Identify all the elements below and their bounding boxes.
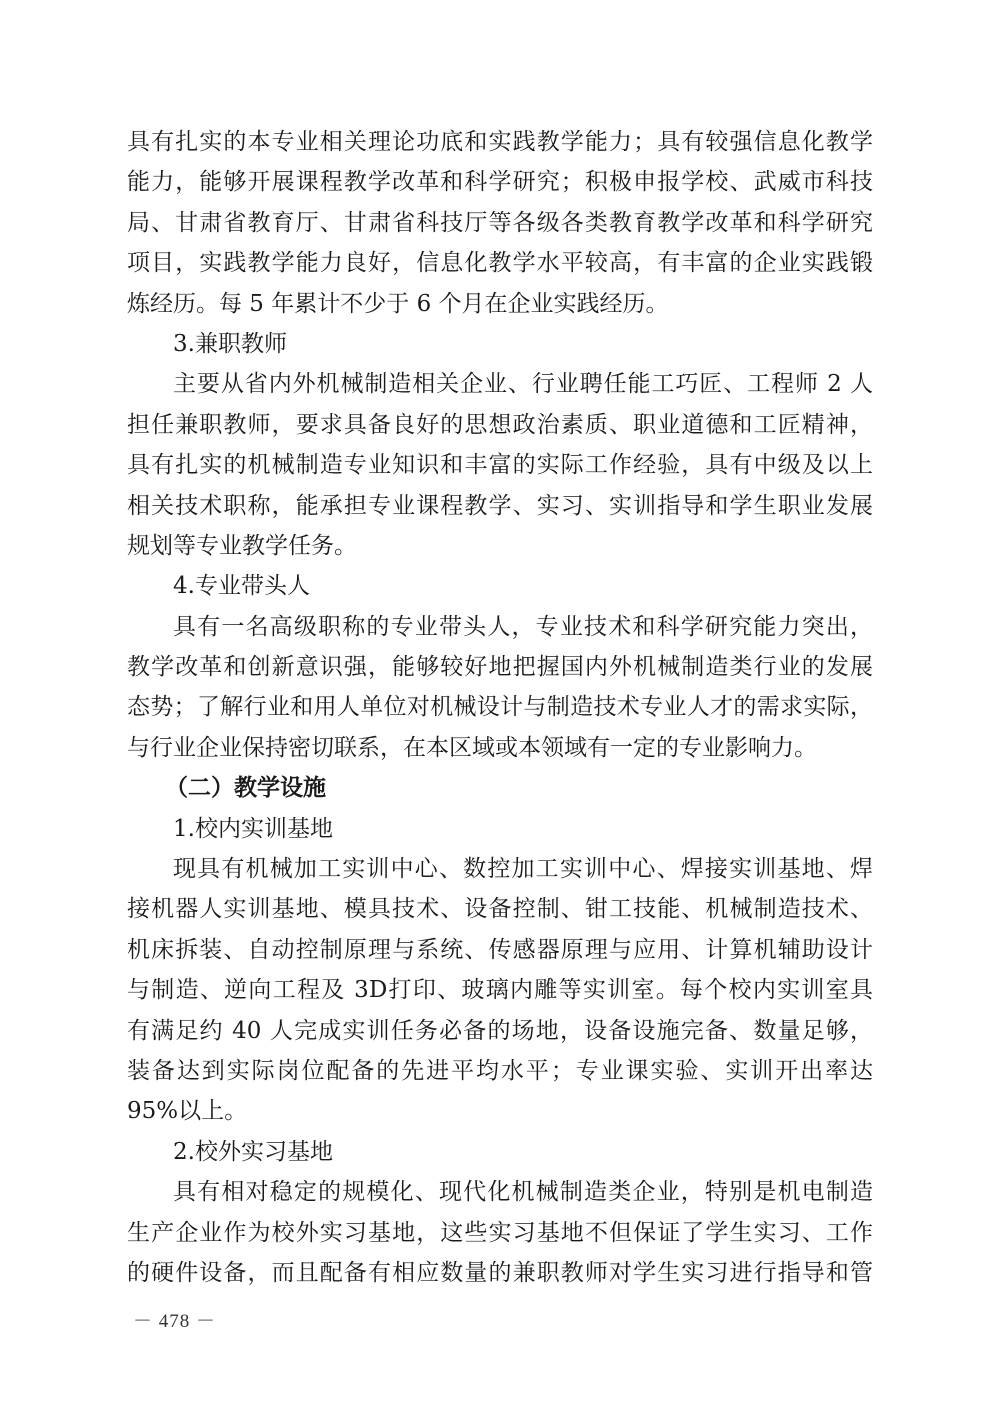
- body-line: 具有相对稳定的规模化、现代化机械制造类企业，特别是机电制造: [127, 1172, 873, 1212]
- body-line: 接机器人实训基地、模具技术、设备控制、钳工技能、机械制造技术、: [127, 889, 873, 929]
- body-line: 有满足约 40 人完成实训任务必备的场地，设备设施完备、数量足够，: [127, 1011, 873, 1051]
- body-line: 95%以上。: [127, 1091, 873, 1131]
- body-line: 相关技术职称，能承担专业课程教学、实习、实训指导和学生职业发展: [127, 486, 873, 526]
- body-line: 炼经历。每 5 年累计不少于 6 个月在企业实践经历。: [127, 284, 873, 324]
- body-line: 与制造、逆向工程及 3D打印、玻璃内雕等实训室。每个校内实训室具: [127, 970, 873, 1010]
- page-number: － 478 －: [133, 1306, 216, 1333]
- body-line: 与行业企业保持密切联系，在本区域或本领域有一定的专业影响力。: [127, 728, 873, 768]
- body-line: 的硬件设备，而且配备有相应数量的兼职教师对学生实习进行指导和管: [127, 1253, 873, 1293]
- body-line: 态势；了解行业和用人单位对机械设计与制造技术专业人才的需求实际，: [127, 687, 873, 727]
- body-line: 机床拆装、自动控制原理与系统、传感器原理与应用、计算机辅助设计: [127, 930, 873, 970]
- body-line: 局、甘肃省教育厅、甘肃省科技厅等各级各类教育教学改革和科学研究: [127, 203, 873, 243]
- body-line: 具有一名高级职称的专业带头人，专业技术和科学研究能力突出，: [127, 607, 873, 647]
- body-line: 能力，能够开展课程教学改革和科学研究；积极申报学校、武威市科技: [127, 162, 873, 202]
- section-heading-on-campus-training-base: 1.校内实训基地: [127, 809, 873, 849]
- body-line: 项目，实践教学能力良好，信息化教学水平较高，有丰富的企业实践锻: [127, 243, 873, 283]
- body-line: 生产企业作为校外实习基地，这些实习基地不但保证了学生实习、工作: [127, 1213, 873, 1253]
- section-heading-teaching-facilities: （二）教学设施: [127, 768, 873, 808]
- body-line: 装备达到实际岗位配备的先进平均水平；专业课实验、实训开出率达: [127, 1051, 873, 1091]
- body-line: 具有扎实的机械制造专业知识和丰富的实际工作经验，具有中级及以上: [127, 445, 873, 485]
- section-heading-off-campus-internship-base: 2.校外实习基地: [127, 1132, 873, 1172]
- body-line: 担任兼职教师，要求具备良好的思想政治素质、职业道德和工匠精神，: [127, 405, 873, 445]
- body-line: 规划等专业教学任务。: [127, 526, 873, 566]
- body-line: 现具有机械加工实训中心、数控加工实训中心、焊接实训基地、焊: [127, 849, 873, 889]
- body-line: 主要从省内外机械制造相关企业、行业聘任能工巧匠、工程师 2 人: [127, 364, 873, 404]
- document-page: 具有扎实的本专业相关理论功底和实践教学能力；具有较强信息化教学 能力，能够开展课…: [127, 122, 873, 1293]
- section-heading-part-time-teachers: 3.兼职教师: [127, 324, 873, 364]
- body-line: 具有扎实的本专业相关理论功底和实践教学能力；具有较强信息化教学: [127, 122, 873, 162]
- body-line: 教学改革和创新意识强，能够较好地把握国内外机械制造类行业的发展: [127, 647, 873, 687]
- section-heading-program-leader: 4.专业带头人: [127, 566, 873, 606]
